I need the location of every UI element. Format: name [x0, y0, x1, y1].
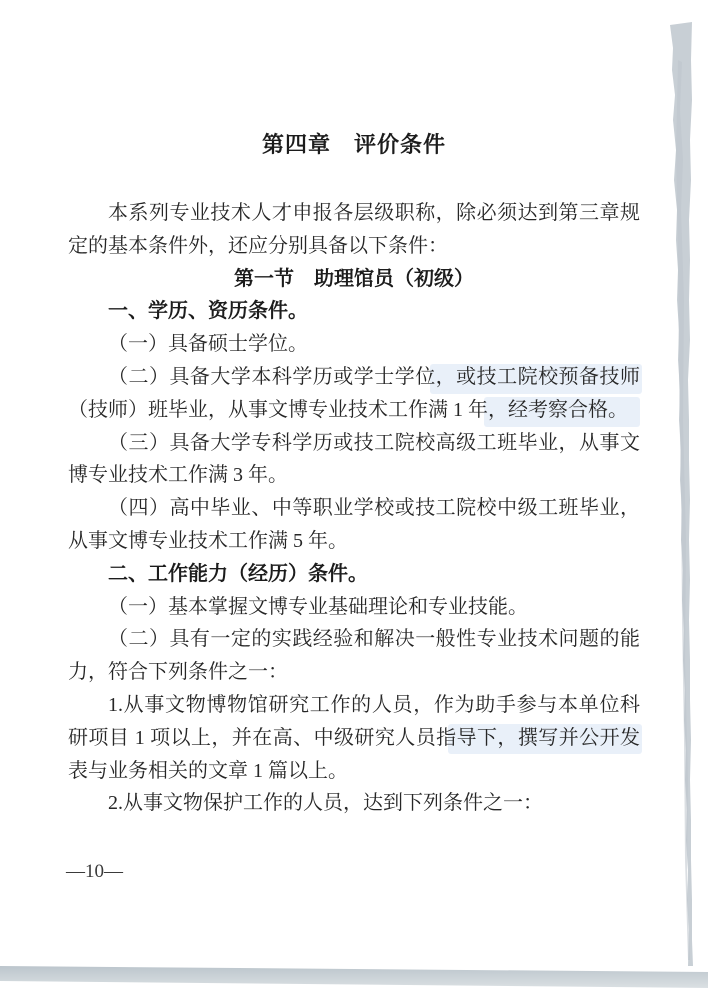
paragraph-intro: 本系列专业技术人才申报各层级职称，除必须达到第三章规定的基本条件外，还应分别具备…	[68, 197, 640, 263]
clause-education-2: （二）具备大学本科学历或学士学位，或技工院校预备技师（技师）班毕业，从事文博专业…	[68, 361, 640, 427]
clause-education-4: （四）高中毕业、中等职业学校或技工院校中级工班毕业，从事文博专业技术工作满 5 …	[68, 492, 640, 558]
clause-ability-2-item-1: 1.从事文物博物馆研究工作的人员，作为助手参与本单位科研项目 1 项以上，并在高…	[68, 689, 640, 787]
clause-education-1: （一）具备硕士学位。	[68, 328, 640, 361]
clause-ability-2: （二）具有一定的实践经验和解决一般性专业技术问题的能力，符合下列条件之一：	[68, 623, 640, 689]
page-number: —10—	[66, 861, 123, 883]
heading-work-ability: 二、工作能力（经历）条件。	[68, 558, 640, 591]
document-page: 第四章 评价条件 本系列专业技术人才申报各层级职称，除必须达到第三章规定的基本条…	[0, 0, 708, 1000]
clause-ability-1: （一）基本掌握文博专业基础理论和专业技能。	[68, 591, 640, 624]
section-heading-junior: 第一节 助理馆员（初级）	[68, 263, 640, 296]
clause-education-3: （三）具备大学专科学历或技工院校高级工班毕业，从事文博专业技术工作满 3 年。	[68, 427, 640, 493]
heading-education-requirements: 一、学历、资历条件。	[68, 295, 640, 328]
chapter-title: 第四章 评价条件	[68, 128, 640, 159]
clause-ability-2-item-2: 2.从事文物保护工作的人员，达到下列条件之一：	[68, 787, 640, 820]
torn-paper-edge	[648, 0, 708, 1000]
document-body: 本系列专业技术人才申报各层级职称，除必须达到第三章规定的基本条件外，还应分别具备…	[68, 197, 640, 820]
